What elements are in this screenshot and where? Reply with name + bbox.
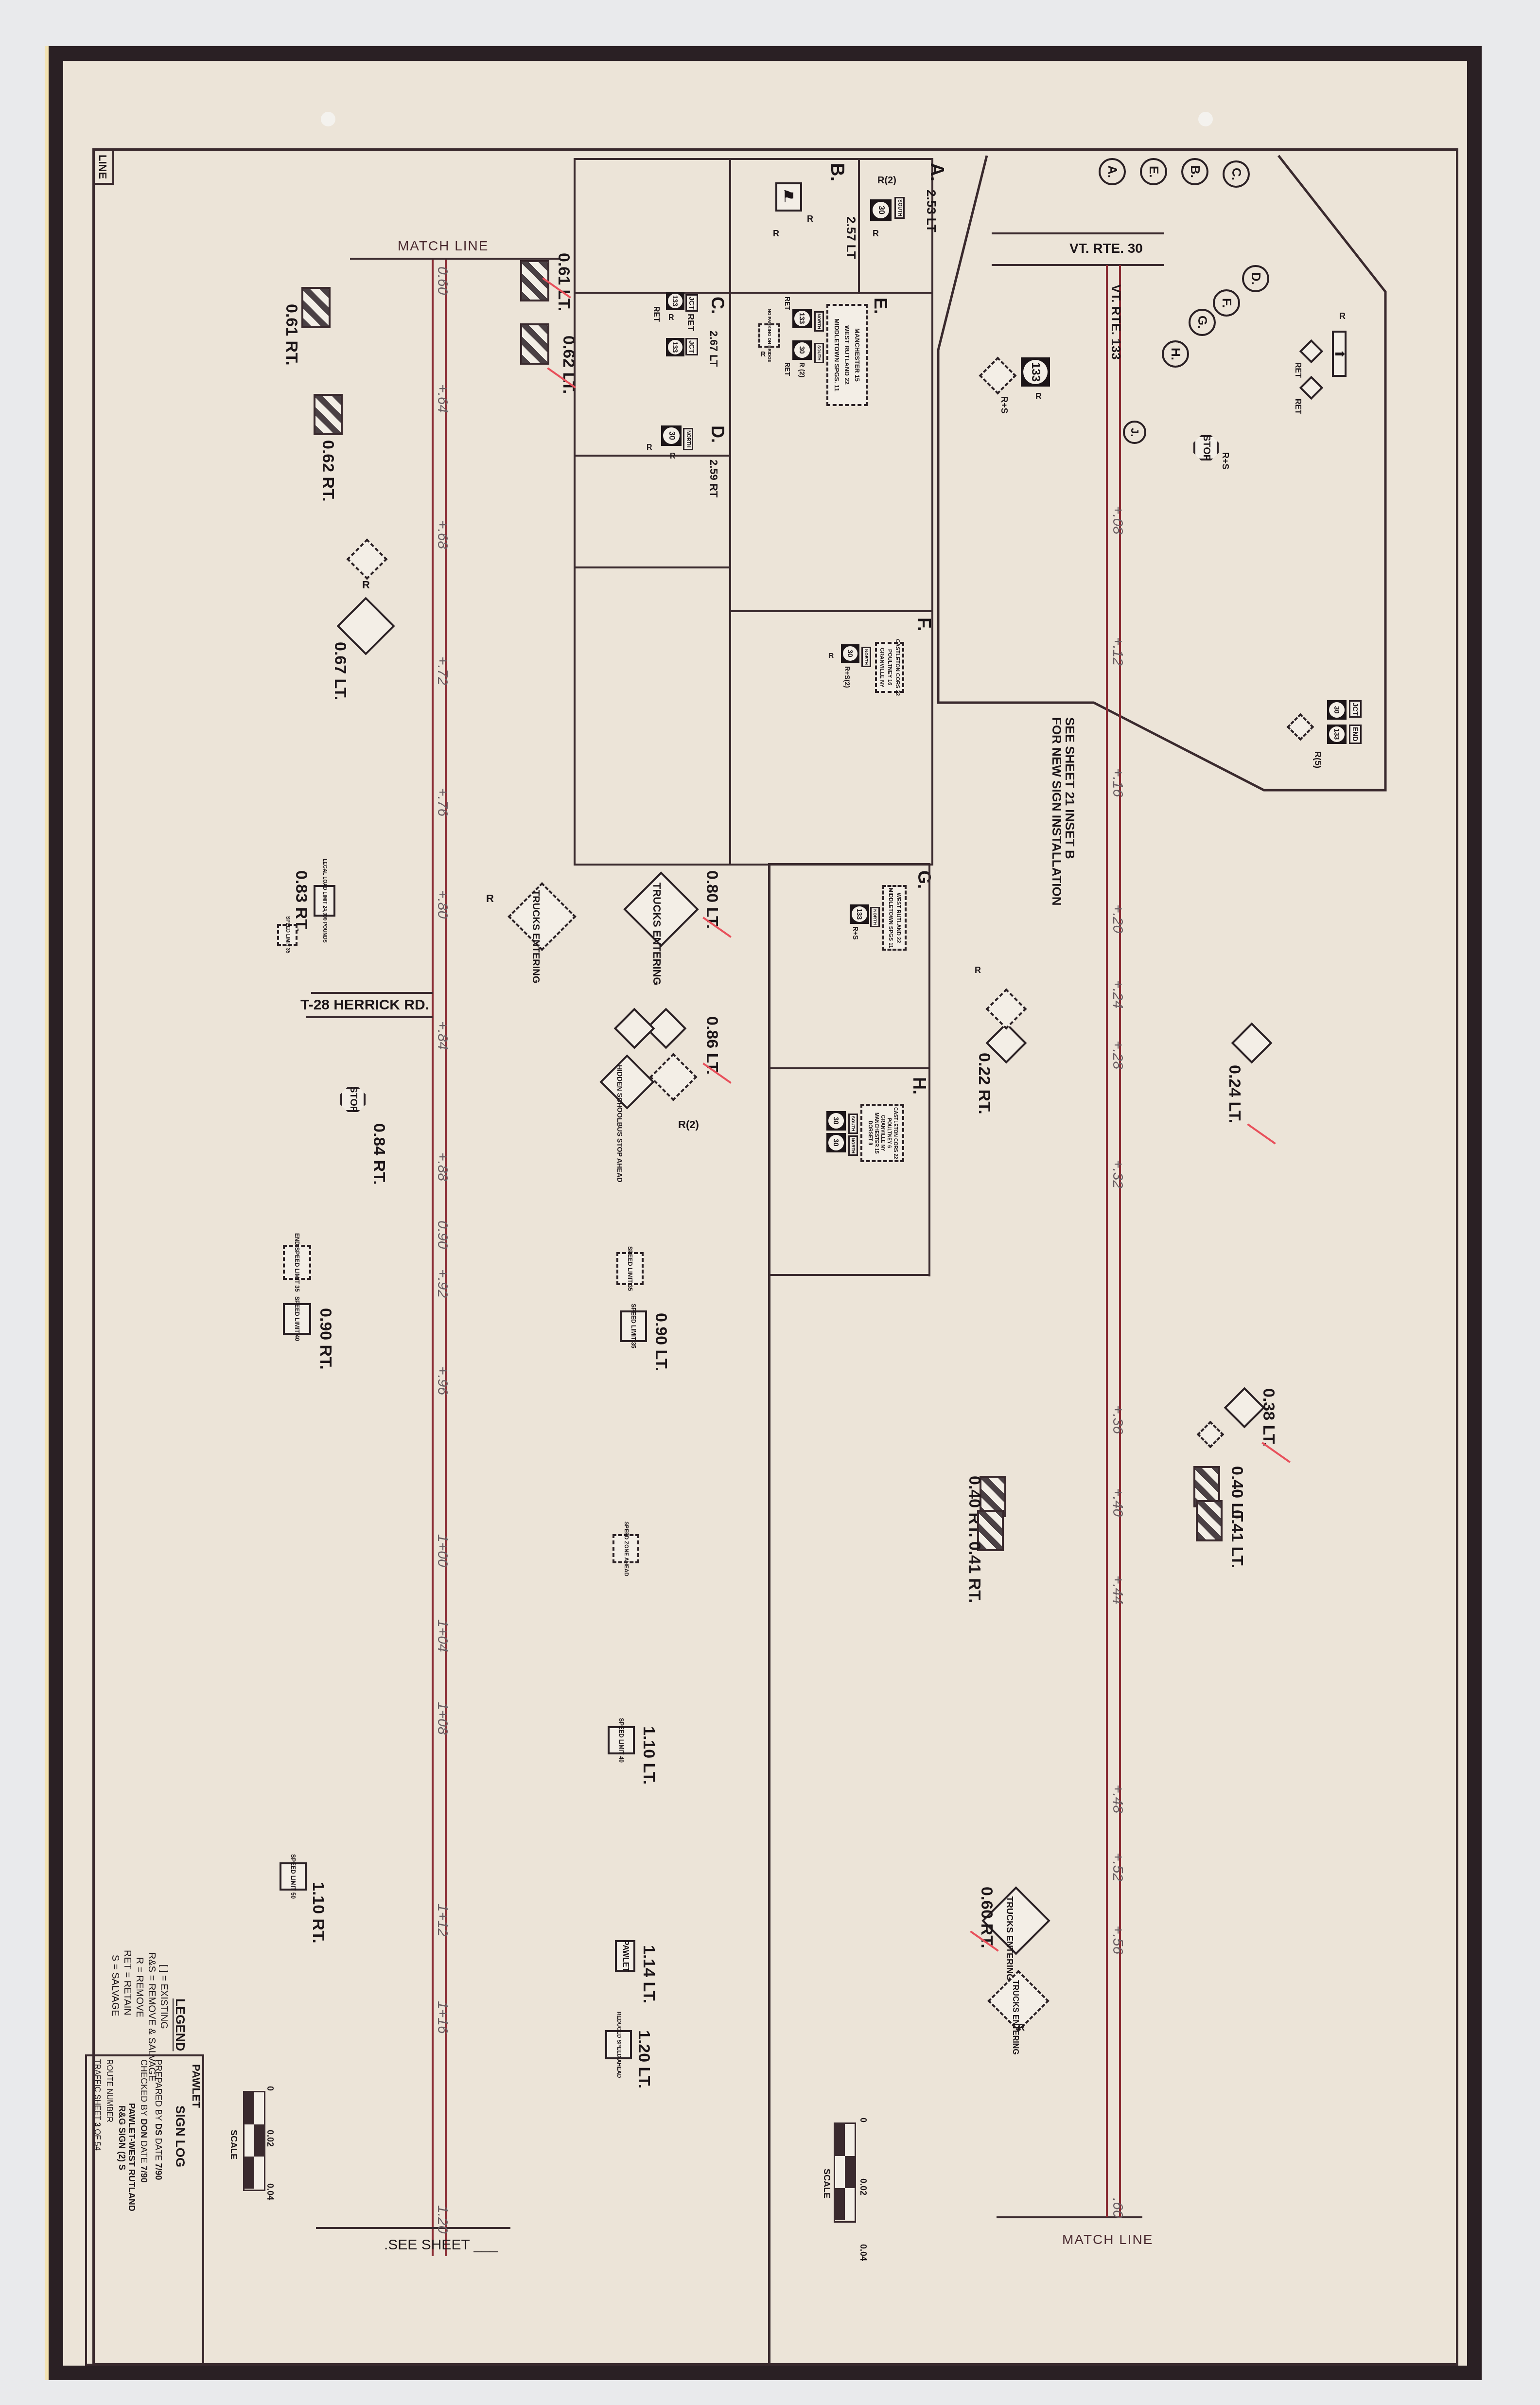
legend-title: LEGEND <box>173 1998 188 2051</box>
callout-g: G. <box>1189 309 1216 336</box>
right-road-edge <box>1119 265 1121 2217</box>
scale-tick: 0.04 <box>858 2244 868 2261</box>
sign-milepost: 0.38 LT. <box>1259 1388 1278 1447</box>
sign-milepost: 0.24 LT. <box>1225 1065 1244 1123</box>
shield-number: 133 <box>1023 360 1048 384</box>
scale-tick: 0.04 <box>265 2183 275 2200</box>
callout-b: B. <box>1181 158 1208 185</box>
road-label-rte133: VT. RTE. 133 <box>1108 284 1123 360</box>
sign-milepost: 0.41 RT. <box>965 1541 984 1603</box>
sign-action: RET <box>1293 362 1302 378</box>
prepared-row: PREPARED BY DS DATE 7/90 <box>153 2059 163 2180</box>
callout-f: F. <box>1213 289 1240 317</box>
sign-text: TRUCKS ENTERING <box>1005 1896 1014 1981</box>
sign-action: R <box>1018 2023 1025 2033</box>
station-label: +.12 <box>1109 637 1126 666</box>
station-label: +.16 <box>1109 768 1126 797</box>
stop-sign: STOP <box>1193 435 1219 460</box>
station-label: +.28 <box>1109 1041 1126 1069</box>
station-label: +.20 <box>1109 904 1126 933</box>
scale-tick: 0 <box>265 2086 275 2091</box>
jct-tag: JCT <box>1349 700 1362 718</box>
sheet-row: TRAFFIC SHEET 3 OF 54 <box>92 2059 101 2151</box>
station-label: +.36 <box>1109 1405 1126 1434</box>
legend-item: RET = RETAIN <box>122 1950 133 2016</box>
legend-item: [ ] = EXISTING <box>158 1964 169 2029</box>
callout-e: E. <box>1140 158 1167 185</box>
scale-tick: 0.02 <box>858 2178 868 2195</box>
scale-label: SCALE <box>822 2169 832 2198</box>
scale-tick: 0 <box>858 2118 868 2122</box>
right-road-edge <box>1106 265 1108 2217</box>
station-label: +.56 <box>1109 1926 1126 1954</box>
station-label: +.48 <box>1109 1785 1126 1813</box>
route-number: R&G SIGN (2) S <box>117 2105 127 2170</box>
legend-item: S = SALVAGE <box>109 1955 121 2016</box>
route-30-shield: 30 <box>1327 700 1347 720</box>
callout-j: J. <box>1123 421 1146 444</box>
station-label: +.24 <box>1109 980 1126 1008</box>
sign-action: R(5) <box>1312 751 1323 768</box>
station-label: +.08 <box>1109 506 1126 534</box>
sign-action: RET <box>1293 399 1302 414</box>
sign-action: R <box>975 965 981 975</box>
sign-milepost: 0.41 LT. <box>1227 1510 1246 1568</box>
scale-bar <box>834 2122 856 2223</box>
title-sign-log: SIGN LOG <box>173 2105 188 2167</box>
sign-text: TRUCKS ENTERING <box>1011 1980 1019 2055</box>
inset-note: SEE SHEET 21 INSET B <box>1062 717 1077 859</box>
object-marker-sign <box>1196 1500 1223 1541</box>
route-133-shield: 133 <box>1021 357 1050 387</box>
station-label: +.32 <box>1109 1160 1126 1188</box>
callout-a: A. <box>1099 158 1126 185</box>
arrow-sign: ⬆ <box>1332 331 1347 377</box>
route-name: PAWLET-WEST RUTLAND <box>126 2103 137 2211</box>
sign-action: R <box>1035 391 1042 402</box>
route-133-shield: 133 <box>1327 725 1347 744</box>
callout-h: H. <box>1162 340 1189 368</box>
callout-d: D. <box>1242 265 1269 292</box>
sign-action: R <box>1339 311 1346 321</box>
sign-action: R+S <box>1220 452 1230 470</box>
scale-bar <box>243 2091 265 2191</box>
title-town: PAWLET <box>190 2064 202 2108</box>
road-label-rte30: VT. RTE. 30 <box>1069 241 1143 256</box>
sign-action: R+S <box>999 396 1009 414</box>
station-label: +.44 <box>1109 1575 1126 1604</box>
end-tag: END <box>1349 725 1362 744</box>
checked-row: CHECKED BY DON DATE 7/90 <box>139 2059 149 2183</box>
station-label: +.40 <box>1109 1488 1126 1517</box>
legend-item: R = REMOVE <box>134 1957 145 2017</box>
route-label: ROUTE NUMBER <box>105 2059 113 2122</box>
scale-label: SCALE <box>228 2130 239 2159</box>
match-line-bottom-label: MATCH LINE <box>1062 2232 1154 2247</box>
station-label: +.52 <box>1109 1853 1126 1881</box>
inset-note: FOR NEW SIGN INSTALLATION <box>1049 717 1064 906</box>
scale-tick: 0.02 <box>265 2130 275 2147</box>
station-label: .60 <box>1109 2198 1126 2218</box>
arrow-up-icon: ⬆ <box>1332 349 1347 359</box>
callout-c: C. <box>1223 160 1250 188</box>
sign-milepost: 0.22 RT. <box>975 1053 994 1114</box>
